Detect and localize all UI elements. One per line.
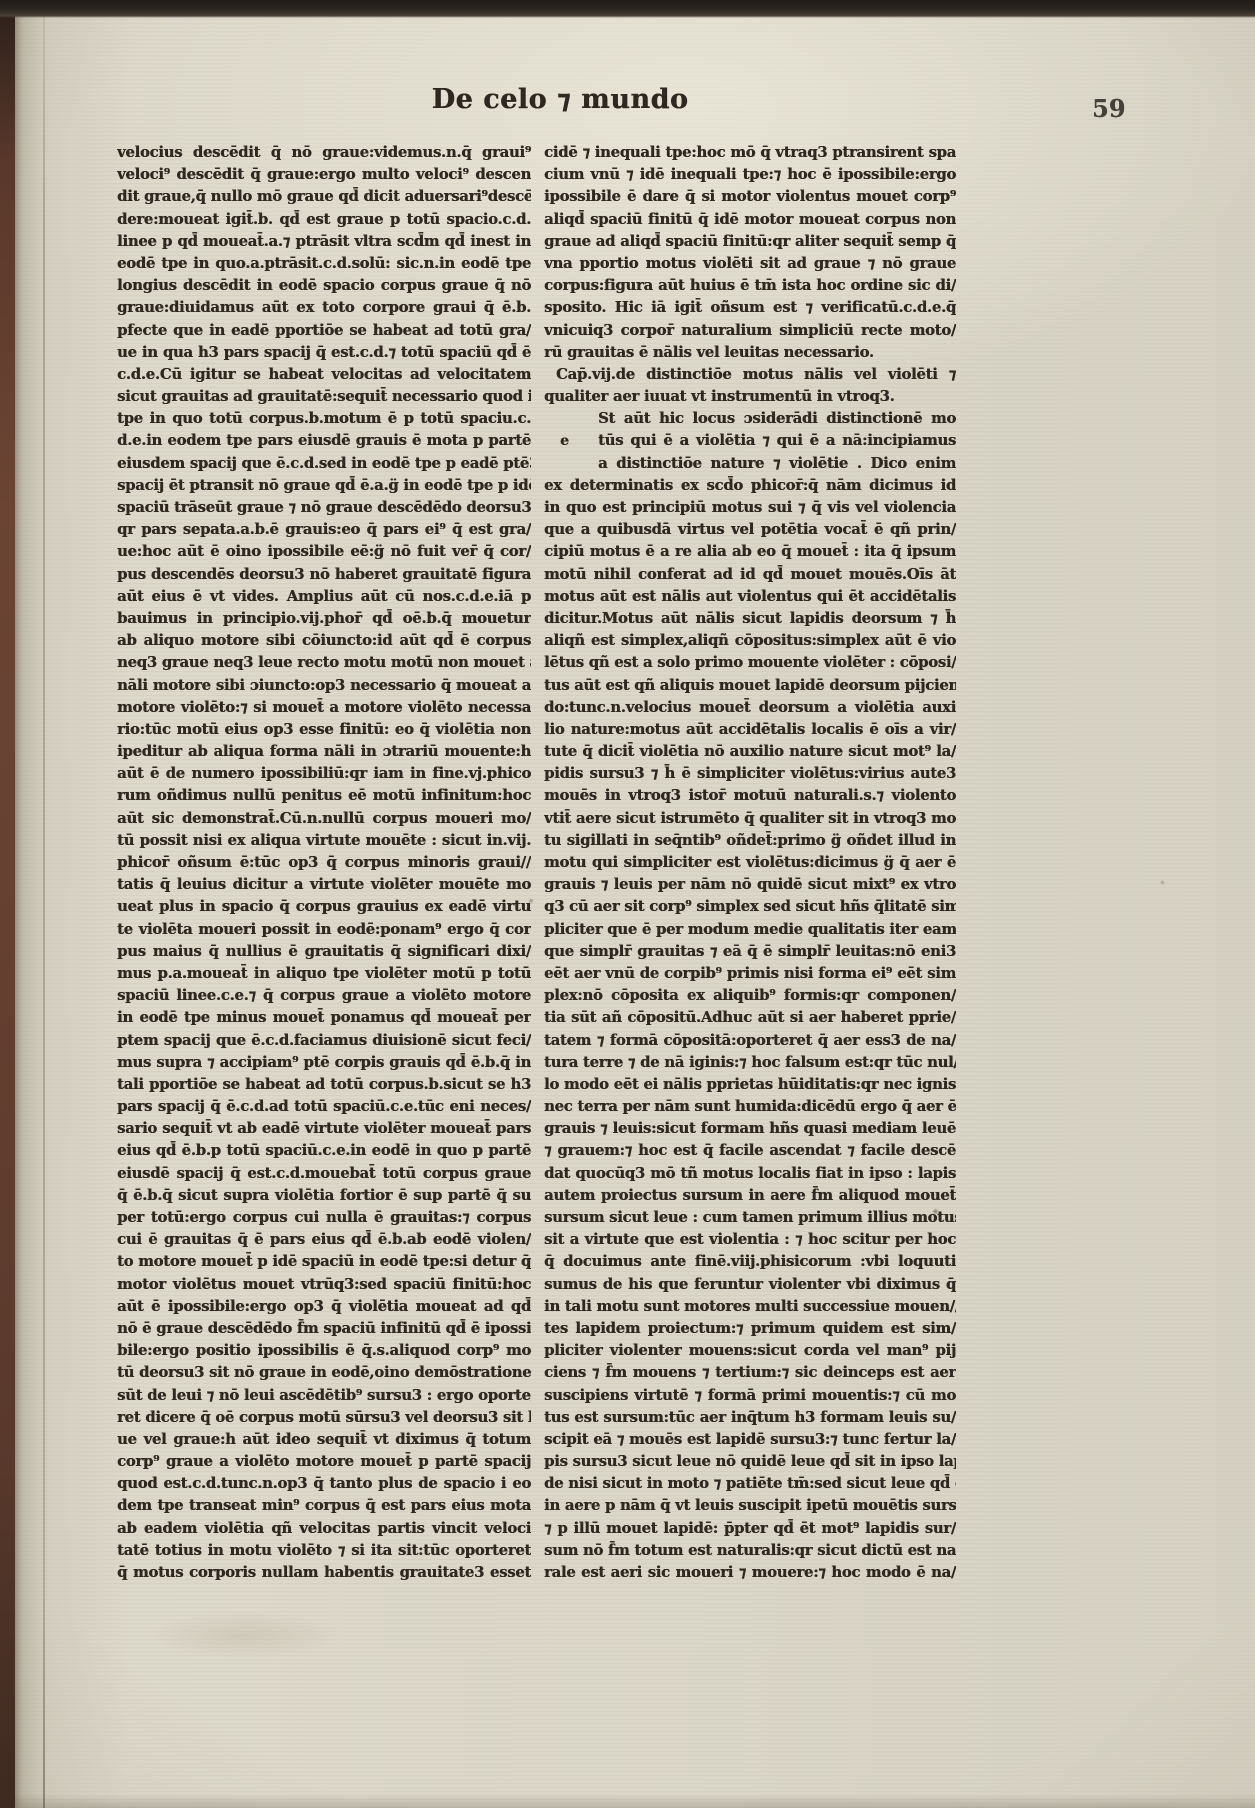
text-line: que simplr̄ grauitas ⁊ eā q̄ ē simplr̄ l… — [544, 941, 956, 963]
text-line: velocius descēdit q̄ nō graue:videmus.n.… — [117, 142, 531, 164]
text-line: per totū:ergo corpus cui nulla ē grauita… — [117, 1207, 531, 1229]
text-line: ⁊ grauem:⁊ hoc est q̄ facile ascendat ⁊ … — [544, 1140, 956, 1162]
text-line: do:tunc.n.velocius mouet̄ deorsum a viol… — [544, 697, 956, 719]
text-line: nāli motore sibi ɔiuncto:op3 necessario … — [117, 675, 531, 697]
text-line: tūs qui ē a violētia ⁊ qui ē a nā:incipi… — [544, 430, 956, 452]
page-number: 59 — [1092, 94, 1152, 123]
text-line: neq3 graue neq3 leue recto motu motū non… — [117, 652, 531, 674]
text-line: aliqd̄ spaciū finitū q̄ idē motor moueat… — [544, 209, 956, 231]
text-line: ab aliquo motore sibi cōiuncto:id aūt qd… — [117, 630, 531, 652]
text-line: qr pars sepata.a.b.ē grauis:eo q̄ pars e… — [117, 519, 531, 541]
text-line: pus maius q̄ nullius ē grauitatis q̄ sig… — [117, 941, 531, 963]
text-line: cium vnū ⁊ idē inequali tpe:⁊ hoc ē ipos… — [544, 164, 956, 186]
text-line: ipossibile ē dare q̄ si motor violentus … — [544, 186, 956, 208]
text-line: eius qd̄ ē.b.p totū spaciū.c.e.in eodē i… — [117, 1140, 531, 1162]
scanned-book-page: { "page": { "header_title": "De celo ⁊ m… — [0, 0, 1255, 1808]
text-line: sūt de leui ⁊ nō leui ascēdētib⁹ sursu3 … — [117, 1385, 531, 1407]
text-line: sum nō f̄m totum est naturalis:qr sicut … — [544, 1540, 956, 1562]
text-line: rum oñdimus nullū penitus eē motū infini… — [117, 785, 531, 807]
gutter-fold-shadow — [15, 0, 45, 1808]
show-through-stain — [150, 1612, 340, 1658]
text-line: sicut grauitas ad grauitatē:sequit̄ nece… — [117, 386, 531, 408]
text-line: longius descēdit in eodē spacio corpus g… — [117, 275, 531, 297]
text-line: sposito. Hic iā igit̄ oñsum est ⁊ verifi… — [544, 297, 956, 319]
text-line: lētus qñ est a solo primo mouente violēt… — [544, 652, 956, 674]
text-line: scipit eā ⁊ mouēs est lapidē sursu3:⁊ tu… — [544, 1429, 956, 1451]
text-line: cidē ⁊ inequali tpe:hoc mō q̄ vtraq3 ptr… — [544, 142, 956, 164]
text-line: eodē tpe in quo.a.ptrāsit.c.d.solū: sic.… — [117, 253, 531, 275]
text-line: corpus:figura aūt huius ē tm̄ ista hoc o… — [544, 275, 956, 297]
text-line: tali pportiōe se habeat ad totū corpus.b… — [117, 1074, 531, 1096]
text-line: nō ē graue descēdēdo f̄m spaciū infinitū… — [117, 1318, 531, 1340]
text-line: vnicuiq3 corpor̄ naturalium simpliciū re… — [544, 320, 956, 342]
text-line: grauis ⁊ leuis:sicut formam hñs quasi me… — [544, 1118, 956, 1140]
text-line: veloci⁹ descēdit q̄ graue:ergo multo vel… — [117, 164, 531, 186]
text-line: lio nature:motus aūt accidētalis localis… — [544, 719, 956, 741]
text-line: tia sūt añ cōpositū.Adhuc aūt si aer hab… — [544, 1007, 956, 1029]
text-line: St aūt hic locus ɔsiderādi distinctionē … — [544, 408, 956, 430]
text-line: vna pportio motus violēti sit ad graue ⁊… — [544, 253, 956, 275]
text-line: q̄ ē.b.q̄ sicut supra violētia fortior ē… — [117, 1185, 531, 1207]
text-line: tes lapidem proiectum:⁊ primum quidem es… — [544, 1318, 956, 1340]
text-line: sit a virtute que est violentia : ⁊ hoc … — [544, 1229, 956, 1251]
text-line: pliciter violenter mouens:sicut corda ve… — [544, 1340, 956, 1362]
text-line: aliqñ est simplex,aliqñ cōpositus:simple… — [544, 630, 956, 652]
text-line: dem tpe transeat min⁹ corpus q̄ est pars… — [117, 1495, 531, 1517]
text-line: te violēta moueri possit in eodē:ponam⁹ … — [117, 919, 531, 941]
text-line: to motore mouet̄ p idē spaciū in eodē tp… — [117, 1251, 531, 1273]
ink-speck — [1160, 880, 1165, 885]
text-line: tu sigillati in seq̄ntib⁹ oñdet̄:primo g… — [544, 830, 956, 852]
text-line: suscipiens virtutē ⁊ formā primi mouenti… — [544, 1385, 956, 1407]
text-line: c.d.e.Cū igitur se habeat velocitas ad v… — [117, 364, 531, 386]
text-line: dicitur.Motus aūt nālis sicut lapidis de… — [544, 608, 956, 630]
text-line: in tali motu sunt motores multi successi… — [544, 1296, 956, 1318]
text-line: ipeditur ab aliqua forma nāli in ɔtrariū… — [117, 741, 531, 763]
text-line: motus aūt est nālis aut violentus qui ēt… — [544, 586, 956, 608]
text-line: grauis ⁊ leuis per nām nō quidē sicut mi… — [544, 874, 956, 896]
text-line: ueat plus in spacio q̄ corpus grauius ex… — [117, 896, 531, 918]
text-line: tute q̄ dicit̄ violētia nō auxilio natur… — [544, 741, 956, 763]
text-line: plex:nō cōposita ex aliquib⁹ formis:qr c… — [544, 985, 956, 1007]
text-line: sumus de his que feruntur violenter vbi … — [544, 1274, 956, 1296]
text-line: tū deorsu3 sit nō graue in eodē,oino dem… — [117, 1362, 531, 1384]
text-line: sario sequit̄ vt ab eadē virtute violēte… — [117, 1118, 531, 1140]
text-line: dit graue,q̄ nullo mō graue qd̄ dicit ad… — [117, 186, 531, 208]
text-line: mus p.a.moueat̄ in aliquo tpe violēter m… — [117, 963, 531, 985]
text-line: rale est aeri sic moueri ⁊ mouere:⁊ hoc … — [544, 1562, 956, 1584]
text-line: ret dicere q̄ oē corpus motū sūrsu3 vel … — [117, 1407, 531, 1429]
text-line: pidis sursu3 ⁊ h̄ ē simpliciter violētus… — [544, 763, 956, 785]
text-line: rū grauitas ē nālis vel leuitas necessar… — [544, 342, 956, 364]
text-line: q3 cū aer sit corp⁹ simplex sed sicut hñ… — [544, 896, 956, 918]
text-line: ex determinatis ex scd̄o phicor̄:q̄ nām … — [544, 475, 956, 497]
page-crease — [43, 14, 45, 1808]
text-line: q̄ docuimus ante finē.viij.phisicorum :v… — [544, 1251, 956, 1273]
text-line: tus aūt est qñ aliquis mouet lapidē deor… — [544, 675, 956, 697]
text-line: graue ad aliqd̄ spaciū finitū:qr aliter … — [544, 231, 956, 253]
text-line: ue vel graue:h aūt ideo sequit̄ vt dixim… — [117, 1429, 531, 1451]
text-line: ue:hoc aūt ē oino ipossibile eē:g̈ nō fu… — [117, 541, 531, 563]
text-line: pfecte que in eadē pportiōe se habeat ad… — [117, 320, 531, 342]
text-line: lo modo eēt ei nālis pprietas hūiditatis… — [544, 1074, 956, 1096]
text-line: tatis q̄ leuius dicitur a virtute violēt… — [117, 874, 531, 896]
text-line: mouēs in vtroq3 istor̄ motuū naturali.s.… — [544, 785, 956, 807]
text-line: ciens ⁊ f̄m mouens ⁊ tertium:⁊ sic deinc… — [544, 1362, 956, 1384]
text-line: eēt aer vnū de corpib⁹ primis nisi forma… — [544, 963, 956, 985]
text-line: corp⁹ graue a violēto motore mouet̄ p pa… — [117, 1451, 531, 1473]
text-line: ab eadem violētia qñ velocitas partis vi… — [117, 1518, 531, 1540]
text-line: a distinctiōe nature ⁊ violētie . Dico e… — [544, 453, 956, 475]
text-line: Cap̄.vij.de distinctiōe motus nālis vel … — [544, 364, 956, 386]
text-line: dere:moueat igit̄.b. qd̄ est graue p tot… — [117, 209, 531, 231]
text-line: spacij ēt ptransit nō graue qd̄ ē.a.g̈ i… — [117, 475, 531, 497]
text-line: aūt eius ē vt vides. Amplius aūt cū nos.… — [117, 586, 531, 608]
text-line: q̄ motus corporis nullam habentis grauit… — [117, 1562, 531, 1584]
text-line: que a quibusdā virtus vel potētia vocat̄… — [544, 519, 956, 541]
text-line: ⁊ p illū mouet lapidē: p̄pter qd̄ ēt mot… — [544, 1518, 956, 1540]
text-line: tura terre ⁊ de nā iginis:⁊ hoc falsum e… — [544, 1052, 956, 1074]
text-line: ptem spacij que ē.c.d.faciamus diuisionē… — [117, 1030, 531, 1052]
binding-edge — [0, 0, 15, 1808]
text-line: aūt ē de numero ipossibiliū:qr iam in fi… — [117, 763, 531, 785]
text-column-right: cidē ⁊ inequali tpe:hoc mō q̄ vtraq3 ptr… — [544, 142, 956, 1584]
text-line: motore violēto:⁊ si mouet̄ a motore viol… — [117, 697, 531, 719]
text-line: phicor̄ oñsum ē:tūc op3 q̄ corpus minori… — [117, 852, 531, 874]
scan-bottom-edge — [0, 1794, 1255, 1808]
text-line: sursum sicut leue : cum tamen primum ill… — [544, 1207, 956, 1229]
text-line: linee p qd̄ moueat̄.a.⁊ ptrāsit vltra sc… — [117, 231, 531, 253]
text-line: in quo est principiū motus sui ⁊ q̄ vis … — [544, 497, 956, 519]
text-line: pus descendēs deorsu3 nō haberet grauita… — [117, 564, 531, 586]
text-line: spaciū trāseūt graue ⁊ nō graue descēdēd… — [117, 497, 531, 519]
text-line: bauimus in principio.vij.phor̄ qd̄ oē.b.… — [117, 608, 531, 630]
text-line: motū nihil conferat ad id qd̄ mouet mouē… — [544, 564, 956, 586]
text-line: tatē totius in motu violēto ⁊ si ita sit… — [117, 1540, 531, 1562]
text-line: dat quocūq3 mō tñ motus localis fiat in … — [544, 1163, 956, 1185]
text-line: nec terra per nām sunt humida:dicēdū erg… — [544, 1096, 956, 1118]
text-line: aūt ē ipossibile:ergo op3 q̄ violētia mo… — [117, 1296, 531, 1318]
text-line: cipiū motus ē a re alia ab eo q̄ mouet̄ … — [544, 541, 956, 563]
text-line: vtit̄ aere sicut istrumēto q̄ qualiter s… — [544, 808, 956, 830]
text-line: tatem ⁊ formā cōpositā:oporteret q̄ aer … — [544, 1030, 956, 1052]
text-line: motu qui simpliciter est violētus:dicimu… — [544, 852, 956, 874]
text-line: eiusdē spacij q̄ est.c.d.mouebat̄ totū c… — [117, 1163, 531, 1185]
text-line: ue in qua h3 pars spacij q̄ est.c.d.⁊ to… — [117, 342, 531, 364]
text-line: pis sursu3 sicut leue nō quidē leue qd̄ … — [544, 1451, 956, 1473]
text-line: aūt sic demonstrat̄.Cū.n.nullū corpus mo… — [117, 808, 531, 830]
text-line: mus supra ⁊ accipiam⁹ ptē corpis grauis … — [117, 1052, 531, 1074]
running-title: De celo ⁊ mundo — [360, 84, 760, 115]
text-line: rio:tūc motū eius op3 esse finitū: eo q̄… — [117, 719, 531, 741]
text-line: pars spacij q̄ ē.c.d.ad totū spaciū.c.e.… — [117, 1096, 531, 1118]
text-line: eiusdem spacij que ē.c.d.sed in eodē tpe… — [117, 453, 531, 475]
text-line: pliciter que ē per modum medie qualitati… — [544, 919, 956, 941]
text-line: de nisi sicut in moto ⁊ patiēte tm̄:sed … — [544, 1473, 956, 1495]
text-line: tus est sursum:tūc aer inq̄tum h3 formam… — [544, 1407, 956, 1429]
text-line: graue:diuidamus aūt ex toto corpore grau… — [117, 297, 531, 319]
text-line: quod est.c.d.tunc.n.op3 q̄ tanto plus de… — [117, 1473, 531, 1495]
text-line: autem proiectus sursum in aere f̄m aliqu… — [544, 1185, 956, 1207]
text-column-left: velocius descēdit q̄ nō graue:videmus.n.… — [117, 142, 531, 1584]
initial-guide-letter: e — [560, 430, 569, 452]
text-line: tū possit nisi ex aliqua virtute mouēte … — [117, 830, 531, 852]
text-line: in aere p nām q̄ vt leuis suscipit ipetū… — [544, 1495, 956, 1517]
text-line: bile:ergo positio ipossibilis ē q̄.s.ali… — [117, 1340, 531, 1362]
text-line: in eodē tpe minus mouet̄ ponamus qd̄ mou… — [117, 1007, 531, 1029]
scan-top-edge — [0, 0, 1255, 18]
text-line: d.e.in eodem tpe pars eiusdē grauis ē mo… — [117, 430, 531, 452]
text-line: qualiter aer iuuat vt instrumentū in vtr… — [544, 386, 956, 408]
text-line: cui ē grauitas q̄ ē pars eius qd̄ ē.b.ab… — [117, 1229, 531, 1251]
text-line: spaciū linee.c.e.⁊ q̄ corpus graue a vio… — [117, 985, 531, 1007]
text-line: tpe in quo totū corpus.b.motum ē p totū … — [117, 408, 531, 430]
text-line: motor violētus mouet vtrūq3:sed spaciū f… — [117, 1274, 531, 1296]
